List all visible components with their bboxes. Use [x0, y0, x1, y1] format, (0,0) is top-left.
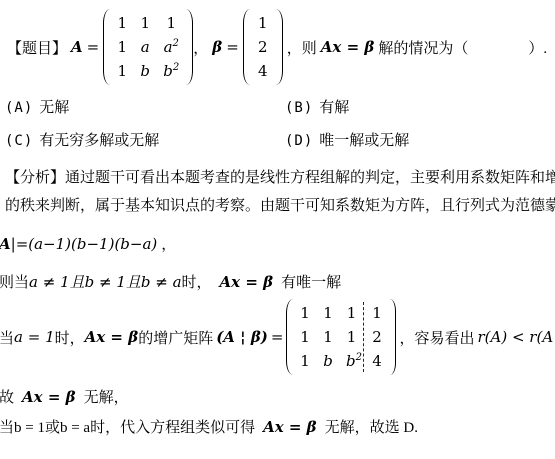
- option-d-key: (D): [285, 133, 313, 149]
- matrix-cell: b: [323, 349, 333, 373]
- aug-p3: 的增广矩阵: [138, 327, 213, 348]
- question-suffix: 解的情况为（ ）.: [378, 37, 547, 58]
- option-a-key: (A): [5, 100, 33, 116]
- problem-tag: 【题目】: [7, 37, 67, 58]
- unique-condition: a ≠ 1且b ≠ 1且b ≠ a: [29, 271, 182, 292]
- option-c: (C)有无穷多解或无解: [5, 129, 285, 154]
- aug-p1: 当: [0, 327, 14, 348]
- option-c-label: 有无穷多解或无解: [39, 133, 159, 149]
- equation-ax-beta: Ax = β: [85, 328, 139, 346]
- equation-ax-beta: Ax = β: [321, 38, 375, 56]
- matrix-cell: 1: [372, 301, 382, 325]
- augmented-matrix-line: 当 a = 1 时， Ax = β 的增广矩阵 (A ¦ β) = 1 1 1 …: [0, 299, 553, 375]
- augmented-matrix-cells: 1 1 1 1 1 1 1 b b2: [293, 299, 359, 375]
- final-p2: 无解，故选 D.: [325, 416, 418, 437]
- comma: ，: [161, 233, 176, 254]
- vector-cell: 1: [258, 11, 268, 35]
- conclusion-line: 当b = 1或b = a时，代入方程组类似可得 Ax = β 无解，故选 D.: [0, 416, 553, 437]
- aug-condition: a = 1: [14, 328, 55, 346]
- matrix-cell: 1: [300, 301, 310, 325]
- options-list: (A)无解 (B)有解 (C)有无穷多解或无解 (D)唯一解或无解: [5, 96, 553, 154]
- analysis-line-2: 的秩来判断，属于基本知识点的考察。由题干可知系数矩为方阵，且行列式为范德蒙行列式: [5, 192, 553, 220]
- matrix-cell: 1: [346, 301, 357, 325]
- option-b: (B)有解: [285, 96, 553, 121]
- equals-sign: =: [271, 328, 284, 346]
- equation-ax-beta: Ax = β: [220, 273, 274, 291]
- unique-prefix: 则当: [0, 271, 29, 292]
- matrix-cell: b2: [346, 349, 357, 373]
- matrix-cell: 1: [163, 11, 179, 35]
- matrix-cell: 1: [117, 11, 127, 35]
- matrix-cell: 1: [117, 59, 127, 83]
- problem-statement: 【题目】 A = 1 1 1 1 a a2 1 b b2 ， β = 1: [5, 6, 553, 88]
- option-d: (D)唯一解或无解: [285, 129, 553, 154]
- matrix-cell: 1: [323, 325, 333, 349]
- det-bar-equals: |=: [11, 235, 29, 253]
- then-text: ，则: [287, 37, 317, 58]
- matrix-cell: 1: [323, 301, 333, 325]
- right-paren-icon: [390, 299, 397, 375]
- matrix-cell: b: [140, 59, 150, 83]
- augmented-matrix: 1 1 1 1 1 1 1 b b2 1 2 4: [286, 299, 396, 375]
- augmented-rhs-cells: 1 2 4: [366, 299, 390, 375]
- matrix-a: 1 1 1 1 a a2 1 b b2: [103, 9, 193, 85]
- unique-suffix: 有唯一解: [281, 271, 341, 292]
- analysis-line-1: 【分析】通过题干可看出本题考查的是线性方程组解的判定，主要利用系数矩阵和增广矩阵: [5, 164, 553, 192]
- option-a: (A)无解: [5, 96, 285, 121]
- nosol-p2: 无解，: [84, 386, 129, 407]
- augmented-divider: [363, 302, 364, 372]
- vector-beta: 1 2 4: [243, 9, 283, 85]
- option-d-label: 唯一解或无解: [319, 133, 409, 149]
- determinant-formula: A |= (a−1)(b−1)(b−a) ，: [0, 233, 553, 254]
- matrix-cell: 4: [372, 349, 382, 373]
- rank-inequality: r(A) < r(A ¦ β): [478, 328, 555, 346]
- right-paren-icon: [186, 9, 193, 85]
- matrix-a-cells: 1 1 1 1 a a2 1 b b2: [110, 9, 186, 85]
- det-product: (a−1)(b−1)(b−a): [28, 235, 157, 253]
- final-p1: 当b = 1或b = a时，代入方程组类似可得: [0, 416, 255, 437]
- unique-solution-line: 则当 a ≠ 1且b ≠ 1且b ≠ a 时， Ax = β 有唯一解: [0, 271, 553, 292]
- option-b-key: (B): [285, 100, 313, 116]
- left-paren-icon: [243, 9, 250, 85]
- aug-p4: ，容易看出: [399, 327, 474, 348]
- equals-sign: =: [226, 38, 239, 56]
- equation-ax-beta: Ax = β: [22, 388, 76, 406]
- det-a-symbol: A: [0, 235, 11, 253]
- right-paren-icon: [276, 9, 283, 85]
- analysis-paragraph: 【分析】通过题干可看出本题考查的是线性方程组解的判定，主要利用系数矩阵和增广矩阵…: [5, 164, 553, 220]
- option-c-key: (C): [5, 133, 33, 149]
- equation-ax-beta: Ax = β: [263, 418, 317, 436]
- no-solution-line: 故 Ax = β 无解，: [0, 386, 553, 407]
- document-page: 【题目】 A = 1 1 1 1 a a2 1 b b2 ， β = 1: [0, 0, 555, 459]
- matrix-cell: a: [140, 35, 150, 59]
- vector-beta-cells: 1 2 4: [250, 9, 276, 85]
- option-b-label: 有解: [319, 100, 349, 116]
- vector-cell: 4: [258, 59, 268, 83]
- matrix-cell: 2: [372, 325, 382, 349]
- equals-sign: =: [87, 38, 100, 56]
- matrix-cell: 1: [300, 325, 310, 349]
- beta-symbol: β: [212, 38, 222, 56]
- unique-mid: 时，: [182, 271, 212, 292]
- vector-cell: 2: [258, 35, 268, 59]
- matrix-cell: 1: [140, 11, 150, 35]
- aug-lhs: (A ¦ β): [216, 328, 268, 346]
- matrix-cell: 1: [346, 325, 357, 349]
- comma: ，: [193, 37, 208, 58]
- option-a-label: 无解: [39, 100, 69, 116]
- matrix-cell: 1: [300, 349, 310, 373]
- matrix-cell: a2: [163, 35, 179, 59]
- matrix-cell: b2: [163, 59, 179, 83]
- matrix-a-symbol: A: [71, 38, 83, 56]
- aug-p2: 时，: [55, 327, 85, 348]
- left-paren-icon: [103, 9, 110, 85]
- nosol-p1: 故: [0, 386, 14, 407]
- matrix-cell: 1: [117, 35, 127, 59]
